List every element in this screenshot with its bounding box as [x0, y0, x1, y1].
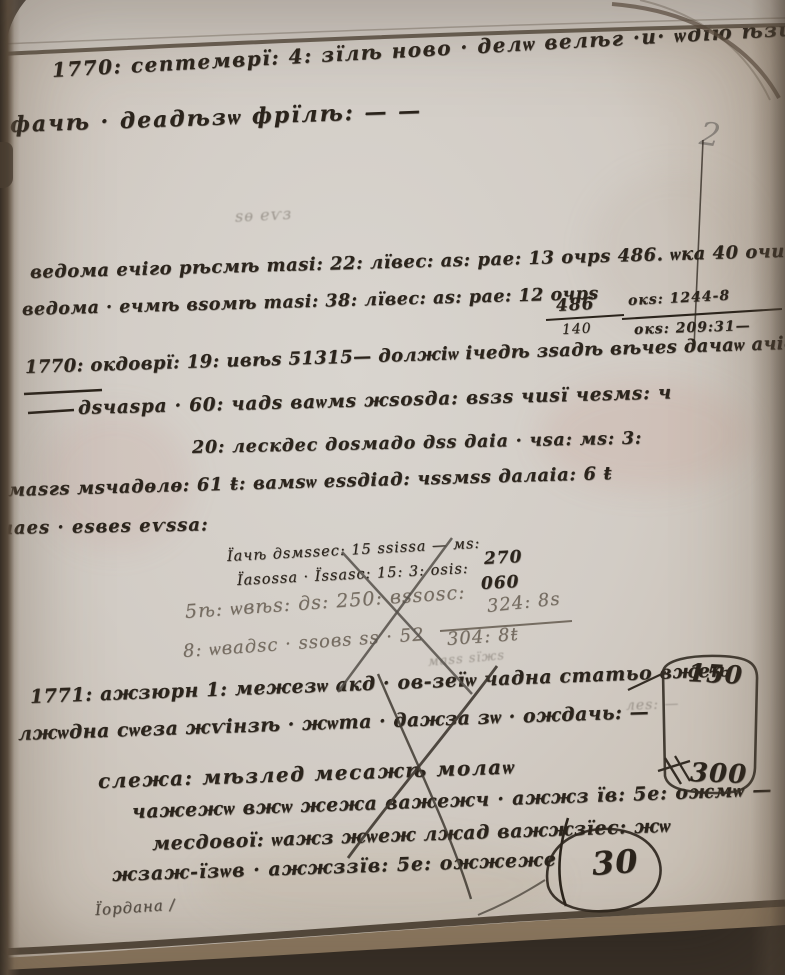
- account-row2-value: 060: [480, 572, 519, 594]
- page-edge-right-shadow: [751, 0, 785, 975]
- boxed-amount-150: 150: [687, 658, 744, 690]
- circled-amount-30: 30: [591, 842, 640, 883]
- manuscript-line-entry7: чаеѕ · еѕвеѕ еѵѕѕа:: [0, 514, 209, 539]
- entry2-denominator: 140: [562, 320, 593, 338]
- manuscript-photo: 1770: септемврї: 4: зїлѣ ново · делѡ вел…: [0, 0, 785, 975]
- entry2-value: 486: [555, 294, 594, 316]
- box-side-note: леѕ: —: [626, 696, 680, 714]
- ink-showthrough: ѕѳ еѵз: [235, 204, 293, 226]
- binding-blot: [0, 142, 13, 188]
- boxed-amount-300: 300: [689, 758, 747, 790]
- account-row1-value: 270: [483, 547, 522, 569]
